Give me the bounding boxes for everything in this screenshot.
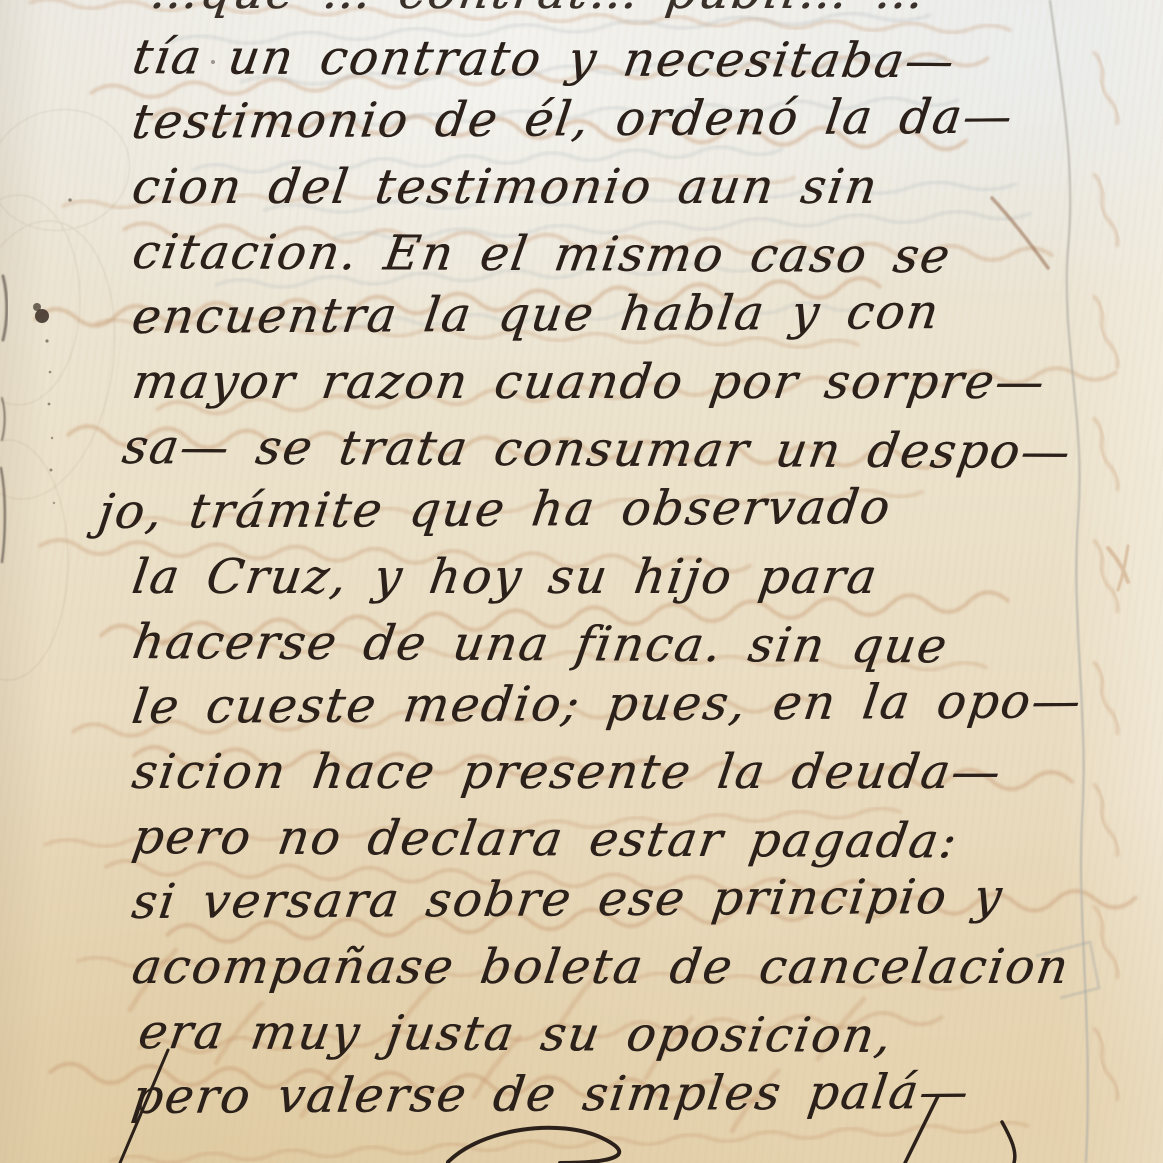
manuscript-line: cion del testimonio aun sin	[128, 155, 1163, 220]
manuscript-line: si versara sobre ese principio y	[128, 864, 1163, 935]
manuscript-line: pero valerse de simples palá—	[128, 1059, 1163, 1130]
manuscript-line: le cueste medio; pues, en la opo—	[128, 669, 1163, 740]
manuscript-line: acompañase boleta de cancelacion	[128, 935, 1163, 1000]
manuscript-line: encuentra la que habla y con	[128, 279, 1163, 350]
manuscript-line: sicion hace presente la deuda—	[128, 740, 1163, 805]
manuscript-text: …que … contrat… públi… … tía un contrato…	[0, 0, 1163, 1130]
manuscript-line: la Cruz, y hoy su hijo para	[128, 545, 1163, 610]
manuscript-line: testimonio de él, ordenó la da—	[128, 84, 1163, 155]
manuscript-page: …que … contrat… públi… … tía un contrato…	[0, 0, 1163, 1163]
manuscript-line: …que … contrat… públi… …	[146, 0, 1163, 25]
manuscript-line: mayor razon cuando por sorpre—	[128, 350, 1163, 415]
manuscript-line: jo, trámite que ha observado	[94, 473, 1163, 545]
